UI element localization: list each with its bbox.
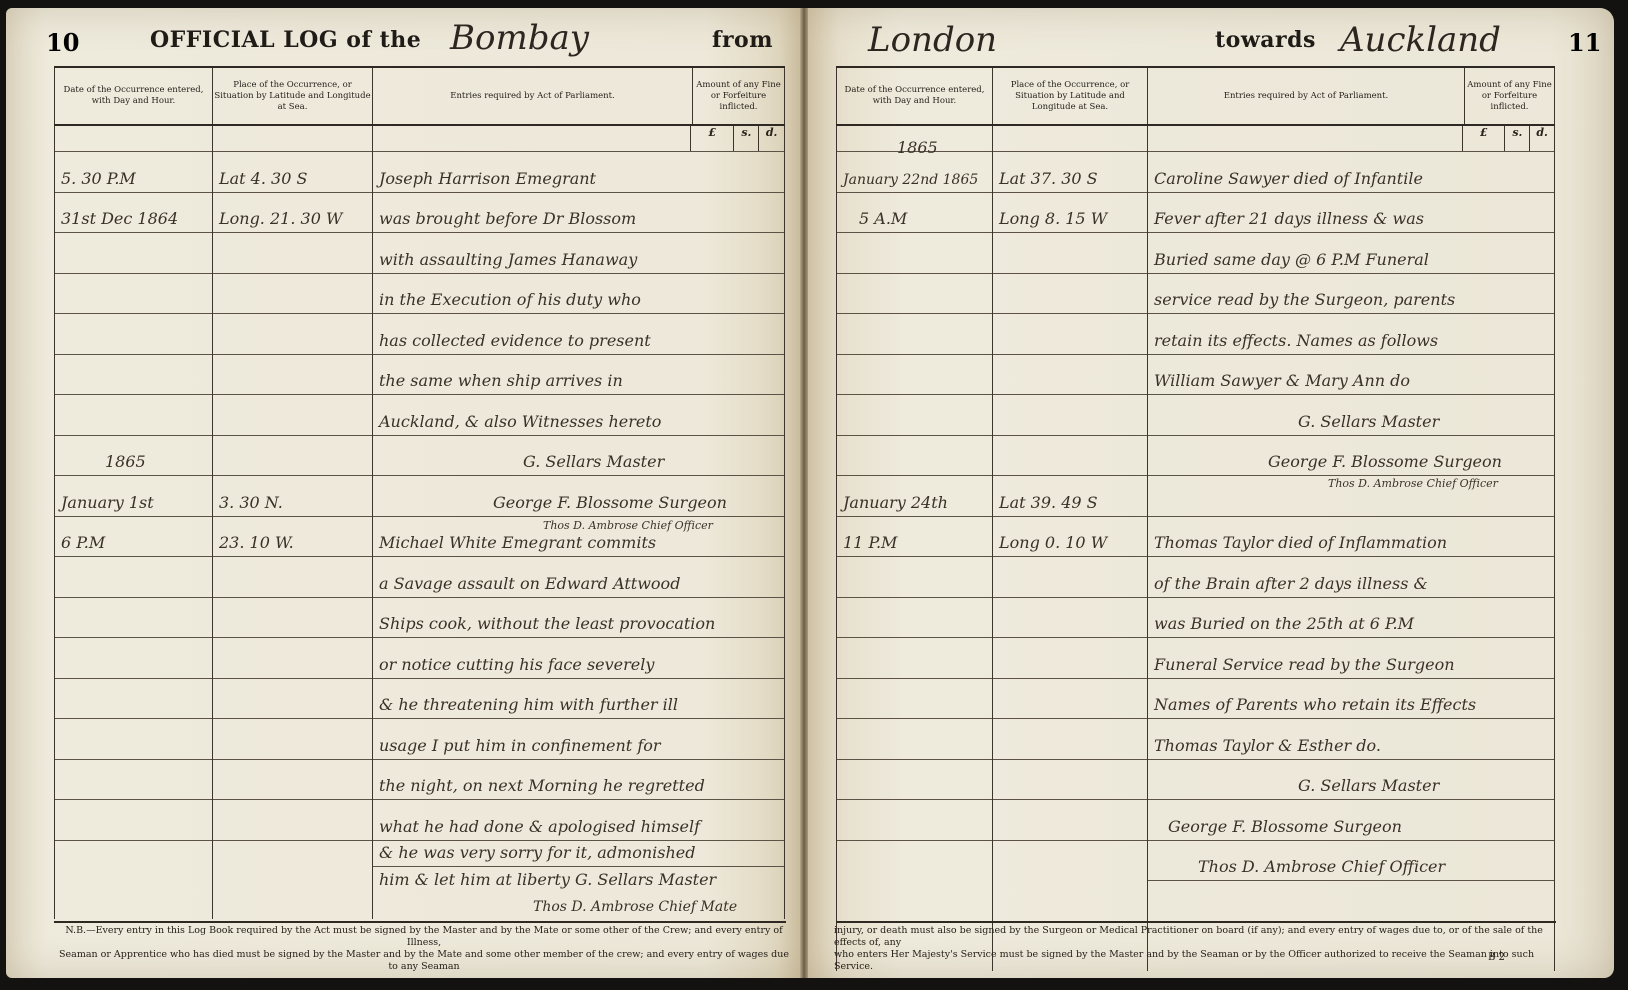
entry-line: retain its effects. Names as follows [1154, 331, 1438, 350]
master-signature: G. Sellars Master [1298, 776, 1439, 795]
entry-time: 5 A.M [859, 209, 907, 228]
entry-line: in the Execution of his duty who [379, 290, 641, 309]
chief-mate-signature: Thos D. Ambrose Chief Mate [533, 899, 737, 915]
entry-longitude: Long 8. 15 W [999, 209, 1107, 228]
footnote-left-line1: N.B.—Every entry in this Log Book requir… [54, 925, 794, 949]
page-number-right: 11 [1568, 28, 1601, 57]
entry-latitude: 3. 30 N. [219, 493, 283, 512]
chief-officer-signature: Thos D. Ambrose Chief Officer [1198, 857, 1445, 876]
entry-line: Thomas Taylor & Esther do. [1154, 736, 1381, 755]
entry-longitude: Long 0. 10 W [999, 533, 1107, 552]
inserted-officer-note: Thos D. Ambrose Chief Officer [543, 519, 713, 532]
surgeon-signature: George F. Blossome Surgeon [1268, 452, 1502, 471]
master-signature: G. Sellars Master [1298, 412, 1439, 431]
entry-year: 1865 [105, 452, 146, 471]
entry-line: him & let him at liberty G. Sellars Mast… [379, 870, 716, 889]
pence-header: d. [758, 126, 784, 151]
entries-column: £ s. d. Joseph Harrison Emegrant was bro… [373, 125, 785, 919]
signature-mark: B 2 [1488, 952, 1505, 963]
entry-longitude: 23. 10 W. [219, 533, 294, 552]
entry-time: 11 P.M [843, 533, 897, 552]
col-header-entries: Entries required by Act of Parliament. [1148, 67, 1465, 125]
entry-line: Auckland, & also Witnesses hereto [379, 412, 661, 431]
footnote-right: injury, or death must also be signed by … [834, 925, 1564, 973]
entry-line: Buried same day @ 6 P.M Funeral [1154, 250, 1429, 269]
entry-line: Caroline Sawyer died of Infantile [1154, 169, 1423, 188]
pounds-header: £ [1462, 126, 1505, 151]
entry-line: usage I put him in confinement for [379, 736, 661, 755]
page-number-left: 10 [46, 28, 79, 57]
origin-port: London [868, 20, 997, 60]
from-label: from [712, 27, 773, 53]
shillings-header: s. [1504, 126, 1529, 151]
surgeon-signature: George F. Blossome Surgeon [493, 493, 727, 512]
col-header-place: Place of the Occurrence, or Situation by… [213, 67, 373, 125]
date-column: 1865 January 22nd 1865 5 A.M January 24t… [837, 125, 993, 971]
entry-line: has collected evidence to present [379, 331, 651, 350]
col-header-amount: Amount of any Fine or Forfeiture inflict… [693, 67, 785, 125]
entry-line: Joseph Harrison Emegrant [379, 169, 596, 188]
entry-line: Michael White Emegrant commits [379, 533, 656, 552]
log-table-right: Date of the Occurrence entered, with Day… [836, 66, 1555, 971]
log-title: OFFICIAL LOG of the [150, 27, 421, 53]
entry-date: January 1st [61, 493, 154, 512]
entry-line: Names of Parents who retain its Effects [1154, 695, 1476, 714]
place-column: Lat 37. 30 S Long 8. 15 W Lat 39. 49 S L… [993, 125, 1148, 971]
entry-line: with assaulting James Hanaway [379, 250, 637, 269]
entry-date: 31st Dec 1864 [61, 209, 178, 228]
entry-line: Fever after 21 days illness & was [1154, 209, 1424, 228]
col-header-date: Date of the Occurrence entered, with Day… [837, 67, 993, 125]
col-header-date: Date of the Occurrence entered, with Day… [55, 67, 213, 125]
destination-port: Auckland [1340, 20, 1501, 60]
entry-line: was brought before Dr Blossom [379, 209, 636, 228]
entry-date: January 22nd 1865 [843, 172, 978, 188]
entries-column: £ s. d. Caroline Sawyer died of Infantil… [1148, 125, 1555, 971]
entry-line: the night, on next Morning he regretted [379, 776, 705, 795]
ship-name: Bombay [450, 18, 589, 58]
footnote-left: N.B.—Every entry in this Log Book requir… [54, 925, 794, 973]
col-header-entries: Entries required by Act of Parliament. [373, 67, 693, 125]
col-header-place: Place of the Occurrence, or Situation by… [993, 67, 1148, 125]
entry-date: January 24th [843, 493, 948, 512]
log-table-left: Date of the Occurrence entered, with Day… [54, 66, 785, 919]
footnote-left-line2: Seaman or Apprentice who has died must b… [54, 949, 794, 973]
footnote-right-line2: who enters Her Majesty's Service must be… [834, 949, 1564, 973]
table-bottom-rule-right [836, 921, 1556, 923]
entry-date: 5. 30 P.M [61, 169, 136, 188]
master-signature: G. Sellars Master [523, 452, 664, 471]
entry-line: & he threatening him with further ill [379, 695, 678, 714]
book-spine [800, 8, 808, 978]
entry-line: a Savage assault on Edward Attwood [379, 574, 680, 593]
entry-line: William Sawyer & Mary Ann do [1154, 371, 1410, 390]
entry-line: Thomas Taylor died of Inflammation [1154, 533, 1447, 552]
shillings-header: s. [733, 126, 758, 151]
entry-time: 6 P.M [61, 533, 105, 552]
place-column: Lat 4. 30 S Long. 21. 30 W 3. 30 N. 23. … [213, 125, 373, 919]
inserted-officer-note: Thos D. Ambrose Chief Officer [1328, 477, 1498, 490]
date-column: 5. 30 P.M 31st Dec 1864 1865 January 1st… [55, 125, 213, 919]
entry-latitude: Lat 4. 30 S [219, 169, 307, 188]
entry-line: was Buried on the 25th at 6 P.M [1154, 614, 1414, 633]
table-bottom-rule-left [54, 921, 786, 923]
entry-latitude: Lat 37. 30 S [999, 169, 1098, 188]
entry-line: service read by the Surgeon, parents [1154, 290, 1455, 309]
pence-header: d. [1529, 126, 1554, 151]
entry-line: of the Brain after 2 days illness & [1154, 574, 1428, 593]
entry-line: what he had done & apologised himself [379, 817, 700, 836]
surgeon-signature: George F. Blossome Surgeon [1168, 817, 1402, 836]
towards-label: towards [1215, 27, 1316, 53]
footnote-right-line1: injury, or death must also be signed by … [834, 925, 1564, 949]
entry-latitude: Lat 39. 49 S [999, 493, 1098, 512]
entry-line: & he was very sorry for it, admonished [379, 843, 696, 862]
entry-line: Funeral Service read by the Surgeon [1154, 655, 1455, 674]
col-header-amount: Amount of any Fine or Forfeiture inflict… [1465, 67, 1555, 125]
entry-line: or notice cutting his face severely [379, 655, 654, 674]
entry-line: the same when ship arrives in [379, 371, 623, 390]
entry-line: Ships cook, without the least provocatio… [379, 614, 715, 633]
pounds-header: £ [690, 126, 734, 151]
entry-longitude: Long. 21. 30 W [219, 209, 342, 228]
